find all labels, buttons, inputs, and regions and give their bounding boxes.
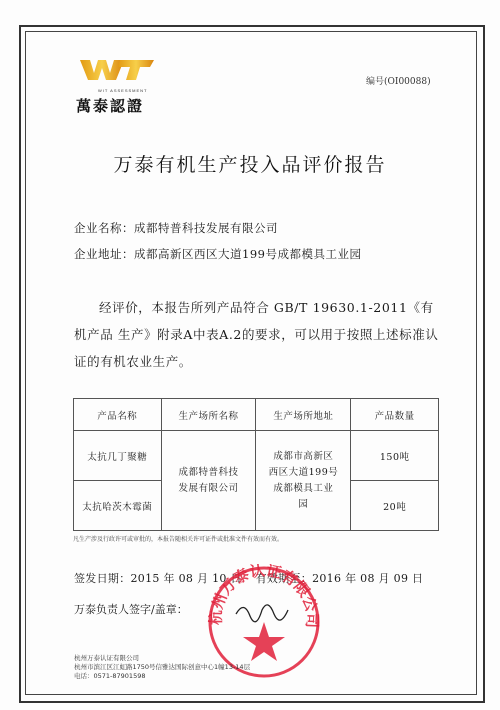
- signature-label: 万泰负责人签字/盖章：: [74, 601, 188, 617]
- company-name-label: 企业名称：: [74, 221, 134, 235]
- wit-logo: WIT ASSESSMENT 萬泰認證: [76, 58, 156, 108]
- col-quantity: 产品数量: [351, 399, 439, 431]
- site-name: 成都特普科技发展有限公司: [161, 431, 256, 531]
- footer-phone: 电话：0571-87901598: [74, 672, 250, 681]
- site-address: 成都市高新区西区大道199号成都模具工业园: [256, 431, 351, 531]
- products-table: 产品名称 生产场所名称 生产场所地址 产品数量 太抗几丁聚糖 成都特普科技发展有…: [73, 398, 439, 531]
- company-address-row: 企业地址：成都高新区西区大道199号成都模具工业园: [74, 246, 361, 262]
- footer-company: 杭州万泰认证有限公司: [74, 654, 250, 663]
- product-name: 太抗哈茨木霉菌: [74, 481, 162, 531]
- footer-address: 杭州市滨江区江虹路1750号信雅达国际创意中心1幢13-14层: [74, 663, 250, 672]
- product-name: 太抗几丁聚糖: [74, 431, 162, 481]
- svg-text:杭州万泰认证有限公司: 杭州万泰认证有限公司: [207, 564, 321, 628]
- serial-number: 编号(OI00088): [366, 74, 431, 87]
- col-site-address: 生产场所地址: [256, 399, 351, 431]
- col-site-name: 生产场所名称: [161, 399, 256, 431]
- company-name-row: 企业名称：成都特普科技发展有限公司: [74, 220, 278, 236]
- footer: 杭州万泰认证有限公司 杭州市滨江区江虹路1750号信雅达国际创意中心1幢13-1…: [74, 654, 250, 681]
- evaluation-statement: 经评价，本报告所列产品符合 GB/T 19630.1-2011《有机产品 生产》…: [74, 294, 442, 375]
- company-address-value: 成都高新区西区大道199号成都模具工业园: [134, 247, 361, 261]
- company-name-value: 成都特普科技发展有限公司: [134, 221, 278, 235]
- table-header-row: 产品名称 生产场所名称 生产场所地址 产品数量: [74, 399, 439, 431]
- validity-note: 凡生产涉及行政许可或审批的，本报告随相关许可证件或批准文件有效而有效。: [73, 534, 283, 543]
- product-quantity: 20吨: [351, 481, 439, 531]
- company-address-label: 企业地址：: [74, 247, 134, 261]
- product-quantity: 150吨: [351, 431, 439, 481]
- logo-chinese: 萬泰認證: [76, 95, 156, 116]
- logo-subtitle: WIT ASSESSMENT: [98, 88, 156, 93]
- document-title: 万泰有机生产投入品评价报告: [0, 150, 500, 177]
- wit-logo-icon: [76, 58, 156, 82]
- col-product-name: 产品名称: [74, 399, 162, 431]
- table-row: 太抗几丁聚糖 成都特普科技发展有限公司 成都市高新区西区大道199号成都模具工业…: [74, 431, 439, 481]
